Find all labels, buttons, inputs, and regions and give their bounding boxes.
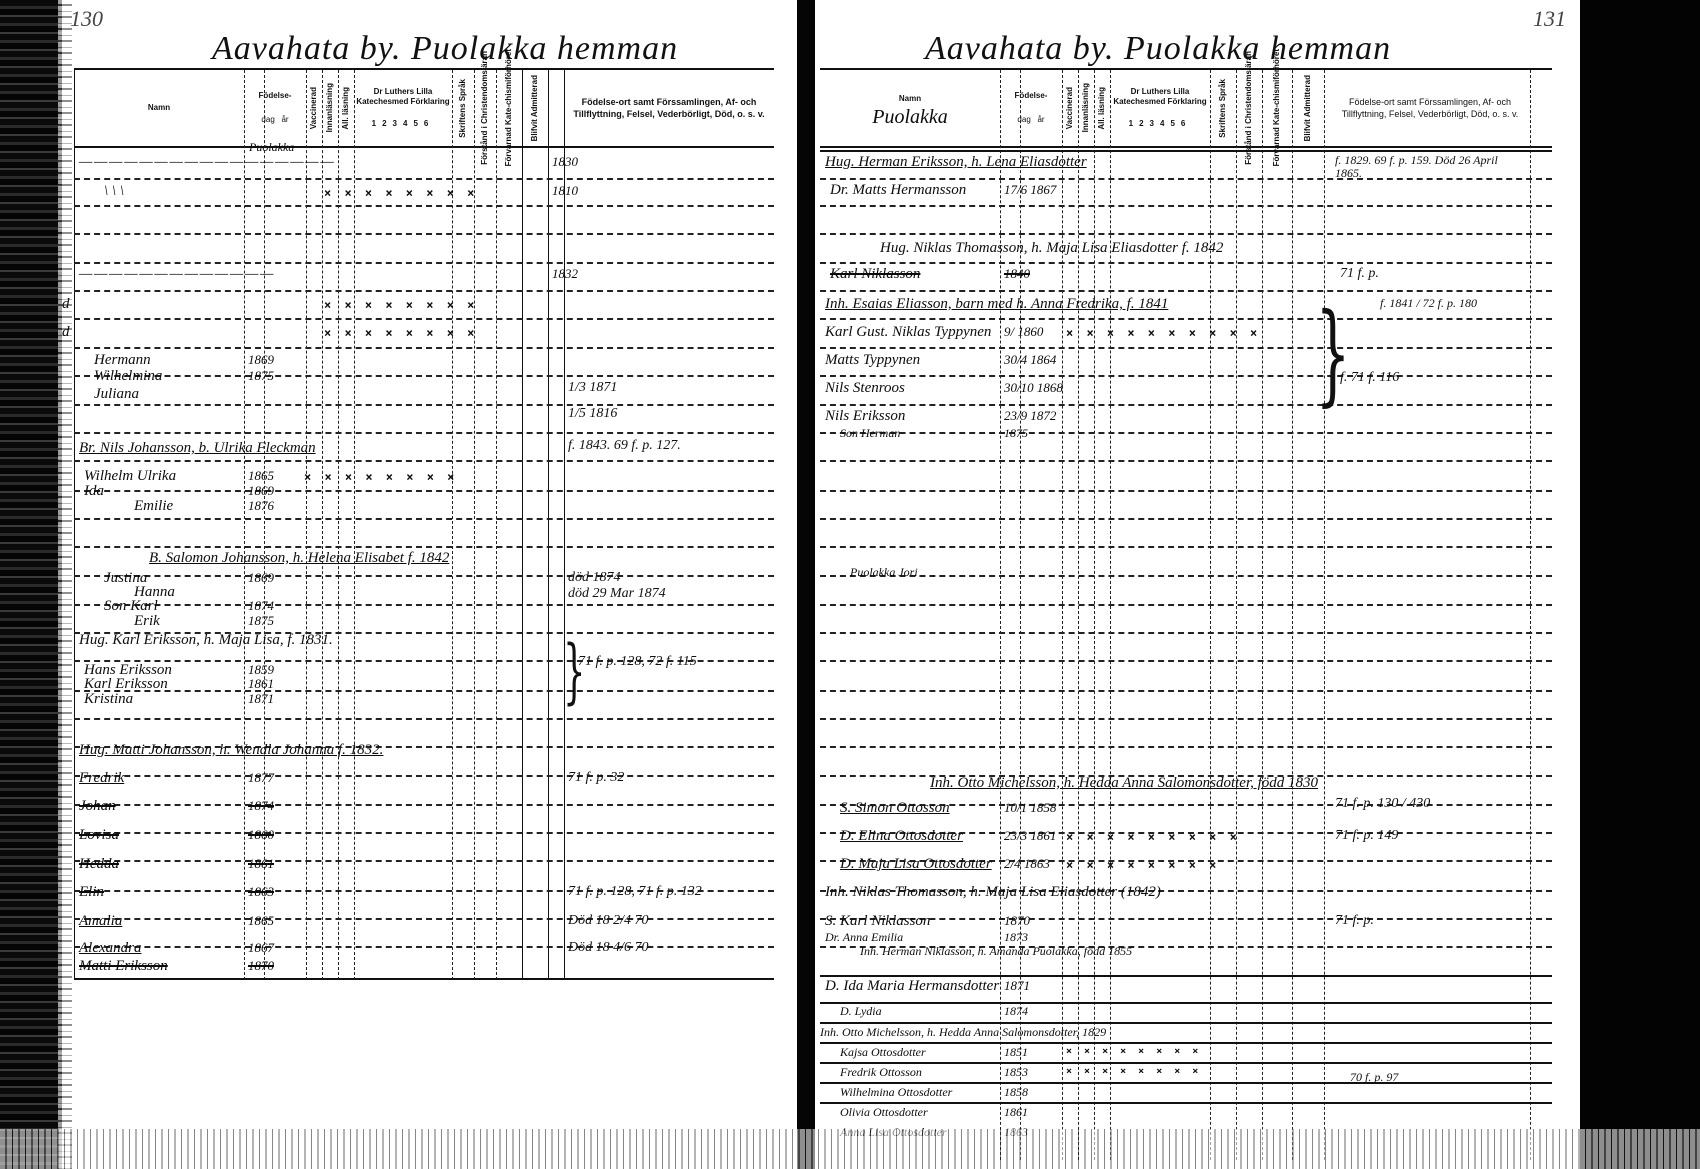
entry-name: Erik [134, 613, 160, 630]
entry-name: Karl Gust. Niklas Typpynen [825, 324, 991, 341]
entry-year: 1871 [1004, 978, 1030, 994]
left-scan-edge [0, 0, 62, 1169]
family-head: Hug. Niklas Thomasson, h. Maja Lisa Elia… [880, 240, 1223, 257]
entry-name: Kajsa Ottosdotter [840, 1045, 926, 1060]
page-title: Aavahata by. Puolakka hemman [212, 30, 678, 68]
family-head: Inh. Otto Michelsson, h. Hedda Anna Salo… [820, 1025, 1106, 1040]
page-number: 131 [1533, 6, 1566, 32]
exam-marks: × × × × × × × × [1066, 858, 1219, 872]
entry-year: 1874 [248, 798, 274, 814]
entry-name: Puolakka [249, 140, 294, 155]
header-scripture: Skriftens Språk [1210, 70, 1236, 146]
entry-year: 1873 [1004, 930, 1028, 945]
entry-name: S. Karl Niklasson [825, 913, 930, 930]
entry-name: Juliana [94, 386, 139, 403]
entry-year: 1810 [552, 183, 578, 199]
entry-year: 1865 [248, 468, 274, 484]
entry-year: 1865 [248, 913, 274, 929]
header-innantill: Innanläsning [322, 70, 338, 146]
remark: Död 18 4/6 70 [568, 940, 649, 956]
entry-name: D. Lydia [840, 1004, 882, 1019]
family-head: Inh. Herman Niklasson, h. Amanda Puolakk… [860, 944, 1132, 959]
entry-year: 1869 [248, 483, 274, 499]
header-understanding: Förstånd i Christendomsläran [474, 70, 496, 146]
header-understanding: Förstånd i Christendomsläran [1236, 70, 1262, 146]
entry-date: 30/4 1864 [1004, 352, 1056, 368]
header-admitted: Blifvit Admitterad [1292, 70, 1324, 146]
struck-entry: Karl Niklasson [830, 266, 920, 283]
entry-year: 1861 [1004, 1105, 1028, 1120]
remark: 1/5 1816 [568, 406, 617, 422]
entry-name: Amalia [79, 913, 122, 930]
entry-year: 1869 [248, 570, 274, 586]
entry-year: 1858 [1004, 1085, 1028, 1100]
entry-year: 1876 [248, 498, 274, 514]
entry-name: Emilie [134, 498, 173, 515]
struck-entry: Matti Eriksson [79, 958, 168, 975]
entry-name: Wilhelmina [94, 368, 162, 385]
exam-marks: × × × × × × × × [324, 186, 477, 200]
remark: 71 f. p. 128, 72 f. 115 [578, 654, 697, 670]
book-gutter [797, 0, 815, 1169]
header-remarks: Födelse-ort samt Förssamlingen, Af- och … [564, 70, 774, 146]
remark: f. 71 f. 116 [1340, 370, 1399, 386]
left-page: 130 Aavahata by. Puolakka hemman Namn Fö… [62, 0, 797, 1169]
brace-bracket: } [563, 636, 585, 706]
header-birth: Födelse- dag år [244, 70, 306, 146]
header-name: Namn [74, 70, 244, 146]
family-head: Hug. Herman Eriksson, h. Lena Eliasdotte… [825, 154, 1087, 171]
header-innantill: Innanläsning [1078, 70, 1094, 146]
entry-name: Ida [84, 483, 104, 500]
entry-name: Olivia Ottosdotter [840, 1105, 928, 1120]
entry-year: 1874 [248, 598, 274, 614]
remark: f. 1829. 69 f. p. 159. Död 26 April 1865… [1335, 154, 1525, 180]
family-head: Inh. Otto Michelsson, h. Hedda Anna Salo… [930, 775, 1318, 792]
entry-name: Son Herman [840, 426, 900, 441]
header-catechism-exam: Förvarnad Kate-chismiförhöret [496, 70, 522, 146]
entry-year: 1861 [248, 676, 274, 692]
exam-marks: × × × × × × × × [324, 326, 477, 340]
entry-name: — — — — — — — — — — — — — — — — — [79, 154, 333, 171]
entry-date: 23/9 1872 [1004, 408, 1056, 424]
header-admitted: Blifvit Admitterad [522, 70, 548, 146]
remark: Död 18 2/4 70 [568, 913, 649, 929]
remark: 71 f. p. 149 [1335, 828, 1398, 844]
header-catechism: Dr Luthers Lilla Katechesmed Förklaring … [354, 70, 452, 146]
entry-name: D. Elina Ottosdotter [840, 828, 963, 845]
family-head: Hug. Matti Johansson, h. Wendla Johanna … [79, 742, 383, 759]
header-vaccinated: Vaccinerad [306, 70, 322, 146]
struck-entry: Lovisa [79, 827, 119, 844]
entry-year: 1870 [248, 958, 274, 974]
struck-entry: Hedda [79, 856, 119, 873]
entry-date: 2/4 1863 [1004, 856, 1050, 872]
header-scripture: Skriftens Språk [452, 70, 474, 146]
entry-name: Hermann [94, 352, 151, 369]
header-all-reading: All. läsning [1094, 70, 1110, 146]
exam-marks: × × × × × × × × [324, 298, 477, 312]
exam-marks: × × × × × × × × × × [1066, 326, 1260, 340]
scanned-register-spread: 130 Aavahata by. Puolakka hemman Namn Fö… [0, 0, 1700, 1169]
section-label: Puolakka Jori [850, 565, 918, 580]
page-title: Aavahata by. Puolakka hemman [925, 30, 1391, 68]
remark: 71 f. p. 128, 71 f. p. 132 [568, 884, 702, 900]
header-remarks: Födelse-ort samt Förssamlingen, Af- och … [1330, 70, 1530, 146]
family-head: Inh. Niklas Thomasson, h. Maja Lisa Elia… [825, 884, 1161, 901]
entry-year: 1874 [1004, 1004, 1028, 1019]
entry-year: 1869 [248, 352, 274, 368]
header-name: Namn Puolakka [820, 70, 1000, 146]
remark: död 1874 [568, 570, 621, 586]
right-scan-edge [1580, 0, 1700, 1169]
entry-name: Kristina [84, 691, 133, 708]
entry-year: 1871 [248, 691, 274, 707]
entry-name: Matts Typpynen [825, 352, 920, 369]
struck-entry: Elin [79, 884, 104, 901]
entry-date: 17/6 1867 [1004, 182, 1056, 198]
entry-year: 1832 [552, 266, 578, 282]
remark: f. 1841 / 72 f. p. 180 [1380, 296, 1477, 311]
entry-name: Dr. Anna Emilia [825, 930, 903, 945]
exam-marks: × × × × × × × × [1066, 1046, 1201, 1057]
entry-year: 1863 [248, 884, 274, 900]
remark: 1/3 1871 [568, 380, 617, 396]
entry-name: \ \ \ [104, 183, 124, 200]
entry-year: 1875 [248, 368, 274, 384]
header-birth: Födelse- dag år [1000, 70, 1062, 146]
entry-year: 1851 [1004, 1045, 1028, 1060]
struck-entry: Johan [79, 798, 116, 815]
table-header: Namn Födelse- dag år Vaccinerad Innanläs… [74, 70, 774, 148]
entry-name: Nils Eriksson [825, 408, 905, 425]
exam-marks: × × × × × × × × [1066, 1066, 1201, 1077]
family-head: Br. Nils Johansson, b. Ulrika Fleckman [79, 440, 316, 457]
page-number: 130 [70, 6, 103, 32]
remark: 71 f. p. 32 [568, 770, 624, 786]
remark: 71 f. p. 130 / 430 [1335, 796, 1430, 812]
entry-year: 1830 [552, 154, 578, 170]
exam-marks: × × × × × × × × [304, 470, 457, 484]
entry-year: 1875 [1004, 426, 1028, 441]
entry-year: 1840 [1004, 266, 1030, 282]
entry-name: Nils Stenroos [825, 380, 905, 397]
entry-year: 1860 [248, 827, 274, 843]
scan-noise-bottom [0, 1129, 1700, 1169]
entry-name: d [62, 296, 70, 313]
header-all-reading: All. läsning [338, 70, 354, 146]
entry-year: 1853 [1004, 1065, 1028, 1080]
remark: död 29 Mar 1874 [568, 586, 666, 602]
entry-name: D. Ida Maria Hermansdotter [825, 978, 999, 995]
section-label: Puolakka [872, 112, 948, 122]
remark: 71 f. p. [1340, 266, 1379, 282]
entry-name: D. Maja Lisa Ottosdotter [840, 856, 992, 873]
entry-year: 1870 [1004, 913, 1030, 929]
entry-date: 30/10 1868 [1004, 380, 1063, 396]
right-page: 131 Aavahata by. Puolakka hemman Namn Pu… [815, 0, 1580, 1169]
entry-year: 1867 [248, 940, 274, 956]
entry-name: Wilhelmina Ottosdotter [840, 1085, 952, 1100]
register-table: Namn Puolakka Födelse- dag år Vaccinerad… [820, 68, 1552, 1160]
entry-name: d [62, 324, 70, 341]
header-catechism: Dr Luthers Lilla Katechesmed Förklaring … [1110, 70, 1210, 146]
remark: 70 f. p. 97 [1350, 1070, 1398, 1085]
entry-year: 1875 [248, 613, 274, 629]
entry-year: 1861 [248, 856, 274, 872]
table-header: Namn Puolakka Födelse- dag år Vaccinerad… [820, 70, 1552, 148]
family-head: Hug. Karl Eriksson, h. Maja Lisa, f. 183… [79, 632, 333, 649]
entry-name: Fredrik [79, 770, 124, 787]
entry-name: S. Simon Ottosson [840, 800, 950, 817]
entry-name: Fredrik Ottosson [840, 1065, 922, 1080]
entry-year: 1877 [248, 770, 274, 786]
entry-name: Alexandra [79, 940, 141, 957]
family-head: B. Salomon Johansson, h. Helena Elisabet… [149, 550, 449, 567]
entry-date: 10/1 1858 [1004, 800, 1056, 816]
exam-marks: × × × × × × × × × [1066, 830, 1240, 844]
entry-name: — — — — — — — — — — — — — [79, 266, 272, 283]
register-table: Namn Födelse- dag år Vaccinerad Innanläs… [74, 68, 774, 980]
header-vaccinated: Vaccinerad [1062, 70, 1078, 146]
family-head: Inh. Esaias Eliasson, barn med h. Anna F… [825, 296, 1168, 313]
entry-date: 9/ 1860 [1004, 324, 1043, 340]
remark: f. 1843. 69 f. p. 127. [568, 438, 698, 454]
header-catechism-exam: Förvarnad Kate-chismiförhöret [1262, 70, 1292, 146]
entry-date: 23/3 1861 [1004, 828, 1056, 844]
entry-name: Dr. Matts Hermansson [830, 182, 966, 199]
remark: 71 f. p. [1335, 913, 1374, 929]
